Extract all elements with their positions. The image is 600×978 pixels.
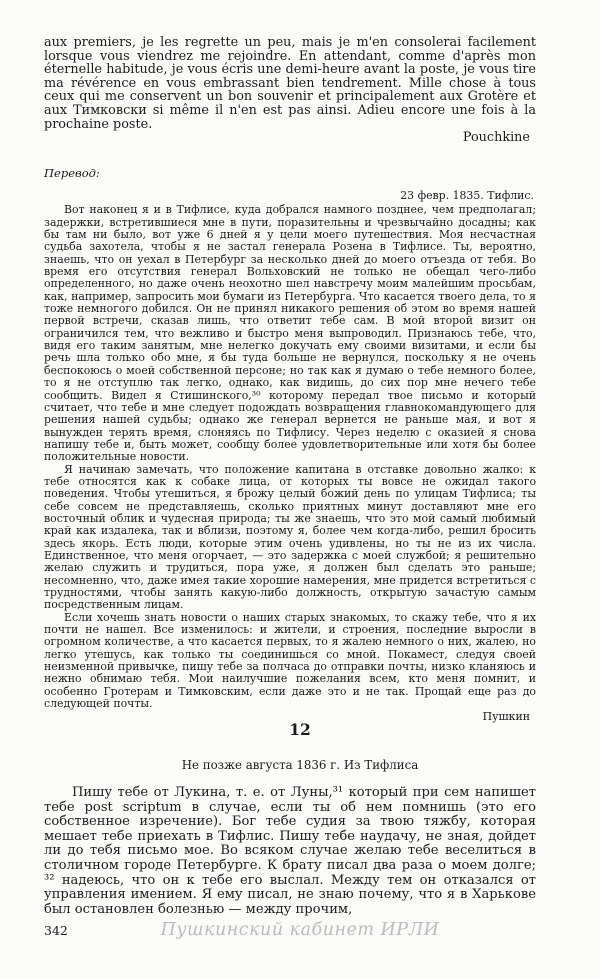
translation-paragraph: Я начинаю замечать, что положение капита… (44, 464, 536, 612)
page-number: 342 (44, 923, 68, 938)
french-letter-signature: Pouchkine (44, 131, 536, 145)
watermark-text: Пушкинский кабинет ИРЛИ (0, 920, 600, 940)
letter-dateline: 23 февр. 1835. Тифлис. (44, 190, 536, 202)
translation-paragraph: Вот наконец я и в Тифлисе, куда добрался… (44, 204, 536, 463)
french-letter-section: aux premiers, je les regrette un peu, ma… (44, 36, 536, 145)
book-page: aux premiers, je les regrette un peu, ma… (0, 0, 600, 978)
page-footer: Пушкинский кабинет ИРЛИ 342 (0, 920, 600, 946)
letter-number-heading: 12 (0, 720, 600, 739)
letter-date-heading: Не позже августа 1836 г. Из Тифлиса (0, 758, 600, 772)
translation-paragraph: Если хочешь знать новости о наших старых… (44, 612, 536, 711)
letter-11-translation-section: 23 февр. 1835. Тифлис. Вот наконец я и в… (44, 190, 536, 724)
letter-12-body: Пишу тебе от Лукина, т. е. от Луны,³¹ ко… (44, 786, 536, 917)
translation-label: Перевод: (44, 166, 536, 180)
french-letter-body: aux premiers, je les regrette un peu, ma… (44, 36, 536, 131)
letter-12-section: Пишу тебе от Лукина, т. е. от Луны,³¹ ко… (44, 786, 536, 917)
